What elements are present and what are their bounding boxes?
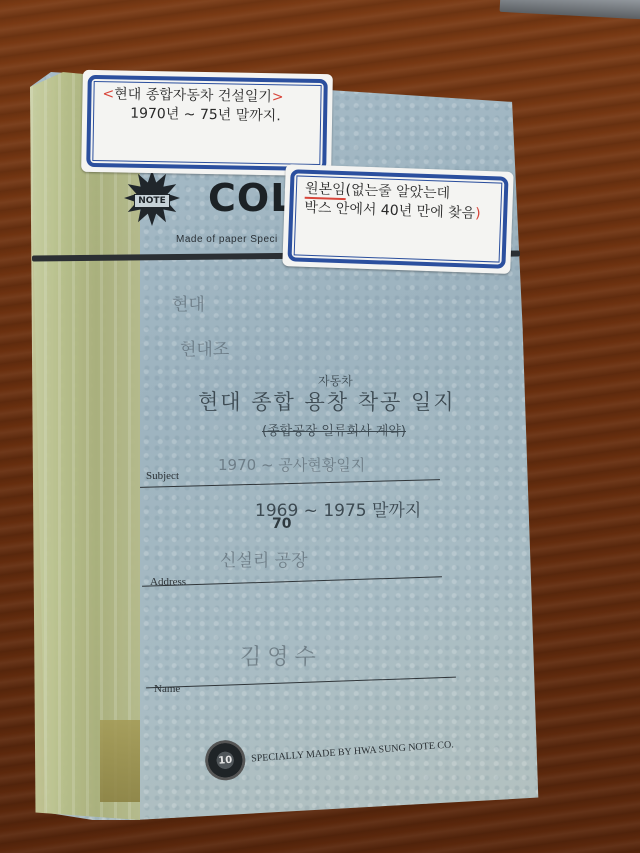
sticker-note-text: (없는줄 알았는데 — [345, 182, 450, 202]
faded-handwriting-1: 현대 — [172, 290, 205, 315]
open-bracket: < — [102, 86, 114, 102]
years-correction: 70 — [272, 516, 291, 532]
handwritten-title: 현대 종합 용창 착공 일지 — [198, 386, 456, 416]
close-bracket: > — [272, 89, 284, 105]
label-sticker-original: 원본임(없는줄 알았는데 박스 안에서 40년 만에 찾음) — [282, 164, 513, 274]
name-value: 김영수 — [240, 640, 322, 671]
note-logo: ✹ NOTE — [116, 165, 188, 237]
sticker-frame: <현대 종합자동차 건설일기> 1970년 ~ 75년 말까지. — [86, 75, 328, 171]
address-value: 신설리 공장 — [220, 546, 308, 571]
maker-text: SPECIALLY MADE BY HWA SUNG NOTE CO. — [251, 739, 454, 764]
sticker-title-text: 현대 종합자동차 건설일기 — [114, 86, 272, 105]
tape-patch — [100, 720, 140, 802]
sticker-note-text-2: 박스 안에서 40년 만에 찾음 — [304, 200, 475, 222]
name-label: Name — [154, 683, 180, 695]
subject-label: Subject — [146, 470, 179, 482]
faded-handwriting-2: 현대조 — [180, 335, 229, 360]
maker-seal-icon: 10 — [204, 739, 247, 782]
shelf-edge — [500, 0, 640, 20]
close-bracket: ) — [475, 206, 481, 222]
tagline: Made of paper Speci — [176, 234, 278, 245]
sticker-content: <현대 종합자동차 건설일기> 1970년 ~ 75년 말까지. — [92, 81, 321, 165]
sticker-frame: 원본임(없는줄 알았는데 박스 안에서 40년 만에 찾음) — [287, 169, 508, 269]
sticker-line-2: 1970년 ~ 75년 말까지. — [102, 104, 312, 127]
sticker-content: 원본임(없는줄 알았는데 박스 안에서 40년 만에 찾음) — [294, 175, 503, 262]
logo-label: NOTE — [134, 194, 169, 208]
struck-text: (종합공장 일류회사 계약) — [262, 420, 406, 439]
subject-value: 1970 ~ 공사현황일지 — [218, 454, 365, 475]
label-sticker-title: <현대 종합자동차 건설일기> 1970년 ~ 75년 말까지. — [81, 70, 333, 176]
brand-name: COL — [208, 176, 295, 220]
original-note: 원본임 — [305, 181, 346, 200]
